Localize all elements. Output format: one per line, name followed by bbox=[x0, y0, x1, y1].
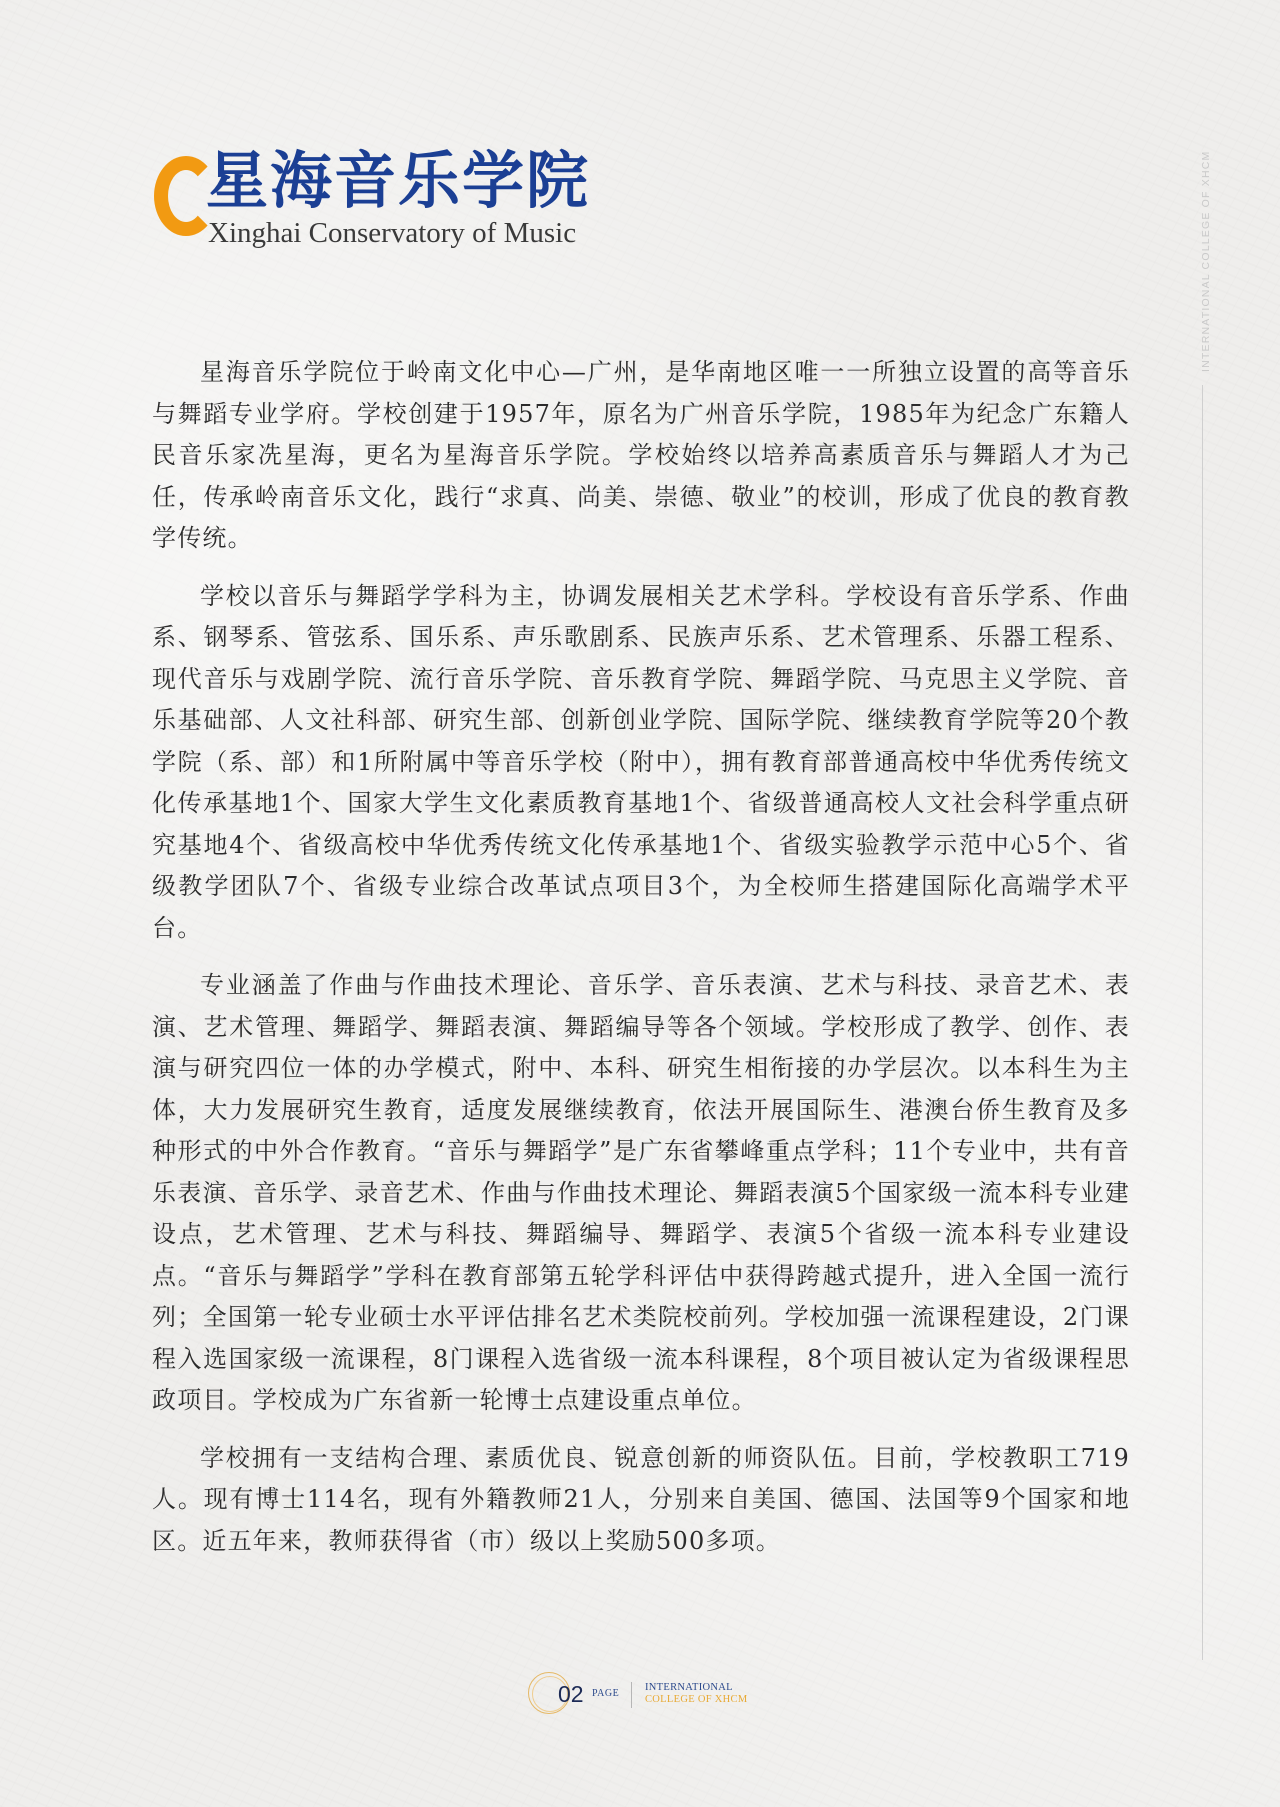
page-footer: 02 PAGE INTERNATIONAL COLLEGE OF XHCM bbox=[528, 1672, 788, 1720]
footer-divider bbox=[631, 1682, 632, 1708]
side-divider bbox=[1202, 385, 1203, 1660]
page-subtitle: Xinghai Conservatory of Music bbox=[208, 216, 576, 250]
paragraph-faculty: 学校拥有一支结构合理、素质优良、锐意创新的师资队伍。目前，学校教职工719人。现… bbox=[152, 1438, 1130, 1563]
side-label: INTERNATIONAL COLLEGE OF XHCM bbox=[1200, 151, 1212, 373]
paragraph-majors: 专业涵盖了作曲与作曲技术理论、音乐学、音乐表演、艺术与科技、录音艺术、表演、艺术… bbox=[152, 965, 1130, 1422]
footer-org-line1: INTERNATIONAL bbox=[645, 1682, 748, 1694]
page-title: 星海音乐学院 bbox=[206, 146, 590, 216]
page-number: 02 bbox=[558, 1682, 584, 1706]
footer-org: INTERNATIONAL COLLEGE OF XHCM bbox=[645, 1682, 748, 1706]
paragraph-intro: 星海音乐学院位于岭南文化中心—广州，是华南地区唯一一所独立设置的高等音乐与舞蹈专… bbox=[152, 352, 1130, 560]
main-content: 星海音乐学院位于岭南文化中心—广州，是华南地区唯一一所独立设置的高等音乐与舞蹈专… bbox=[152, 352, 1130, 1578]
footer-org-line2: COLLEGE OF XHCM bbox=[645, 1694, 748, 1706]
page-header: 星海音乐学院 Xinghai Conservatory of Music bbox=[148, 150, 668, 250]
paragraph-departments: 学校以音乐与舞蹈学学科为主，协调发展相关艺术学科。学校设有音乐学系、作曲系、钢琴… bbox=[152, 576, 1130, 950]
page-label: PAGE bbox=[592, 1688, 619, 1699]
